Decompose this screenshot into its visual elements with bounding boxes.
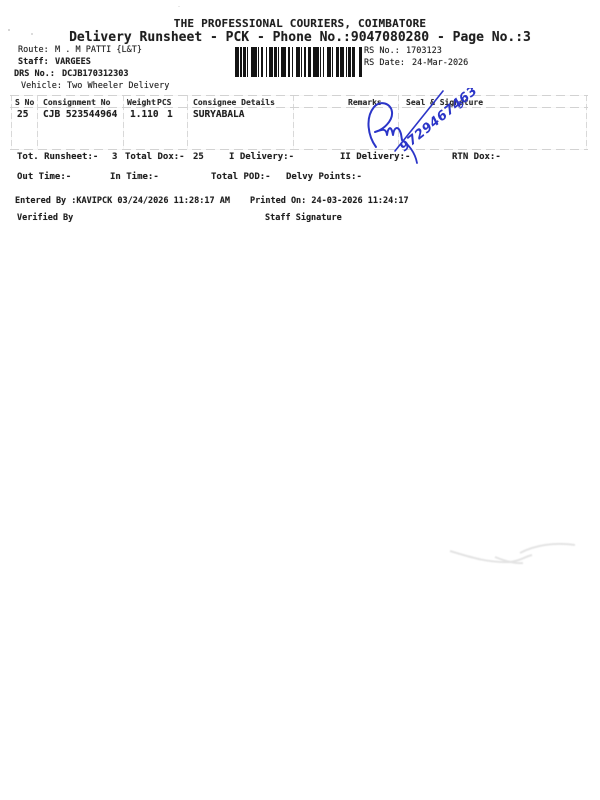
table-col-rule bbox=[187, 95, 188, 149]
vehicle-label: Vehicle: bbox=[21, 81, 62, 91]
col-header-weight: Weight bbox=[127, 98, 156, 107]
rs-no-label: RS No.: bbox=[364, 46, 400, 56]
col-header-consignment-no: Consignment No bbox=[43, 98, 110, 107]
delvy-points-label: Delvy Points:- bbox=[286, 172, 362, 182]
out-time-label: Out Time:- bbox=[17, 172, 71, 182]
table-col-rule bbox=[586, 95, 587, 149]
cell-pcs: 1 bbox=[167, 109, 173, 120]
barcode-icon bbox=[235, 47, 362, 77]
col-header-s-no: S No bbox=[15, 98, 34, 107]
rs-date-label: RS Date: bbox=[364, 58, 405, 68]
vehicle-value: Two Wheeler Delivery bbox=[67, 81, 169, 91]
route-value: M . M PATTI {L&T} bbox=[55, 45, 142, 55]
scan-speck bbox=[8, 29, 10, 31]
col-header-pcs: PCS bbox=[157, 98, 171, 107]
rtn-dox-label: RTN Dox:- bbox=[452, 152, 501, 162]
col-header-consignee-details: Consignee Details bbox=[193, 98, 275, 107]
route-label: Route: bbox=[18, 45, 49, 55]
scan-smudge bbox=[440, 533, 585, 575]
table-col-rule bbox=[37, 95, 38, 149]
handwritten-phone-number: 9729467463 bbox=[397, 88, 481, 155]
total-dox-label: Total Dox:- bbox=[125, 152, 185, 162]
verified-by-label: Verified By bbox=[17, 213, 73, 223]
drs-no-label: DRS No.: bbox=[14, 69, 55, 79]
staff-label: Staff: bbox=[18, 57, 49, 67]
entered-by-line: Entered By :KAVIPCK 03/24/2026 11:28:17 … bbox=[15, 196, 230, 206]
delivery-runsheet-scan: THE PROFESSIONAL COURIERS, COIMBATORE De… bbox=[0, 0, 600, 800]
cell-consignee: SURYABALA bbox=[193, 109, 244, 120]
tot-runsheet-value: 3 bbox=[112, 152, 117, 162]
staff-signature-label: Staff Signature bbox=[265, 213, 342, 223]
i-delivery-label: I Delivery:- bbox=[229, 152, 294, 162]
cell-s-no: 25 bbox=[17, 109, 28, 120]
staff-value: VARGEES bbox=[55, 57, 91, 67]
table-col-rule bbox=[123, 95, 124, 149]
printed-on-line: Printed On: 24-03-2026 11:24:17 bbox=[250, 196, 409, 206]
runsheet-title: Delivery Runsheet - PCK - Phone No.:9047… bbox=[0, 30, 600, 45]
company-title: THE PROFESSIONAL COURIERS, COIMBATORE bbox=[0, 17, 600, 30]
ii-delivery-label: II Delivery:- bbox=[340, 152, 410, 162]
total-dox-value: 25 bbox=[193, 152, 204, 162]
cell-consignment-no: CJB 523544964 bbox=[43, 109, 117, 120]
tot-runsheet-label: Tot. Runsheet:- bbox=[17, 152, 98, 162]
total-pod-label: Total POD:- bbox=[211, 172, 271, 182]
rs-no-value: 1703123 bbox=[406, 46, 442, 56]
cell-weight: 1.110 bbox=[130, 109, 159, 120]
scan-speck bbox=[178, 6, 180, 7]
rs-date-value: 24-Mar-2026 bbox=[412, 58, 468, 68]
table-col-rule bbox=[11, 95, 12, 149]
table-col-rule bbox=[293, 95, 294, 149]
scan-speck bbox=[31, 33, 33, 35]
drs-no-value: DCJB170312303 bbox=[62, 69, 129, 79]
in-time-label: In Time:- bbox=[110, 172, 159, 182]
